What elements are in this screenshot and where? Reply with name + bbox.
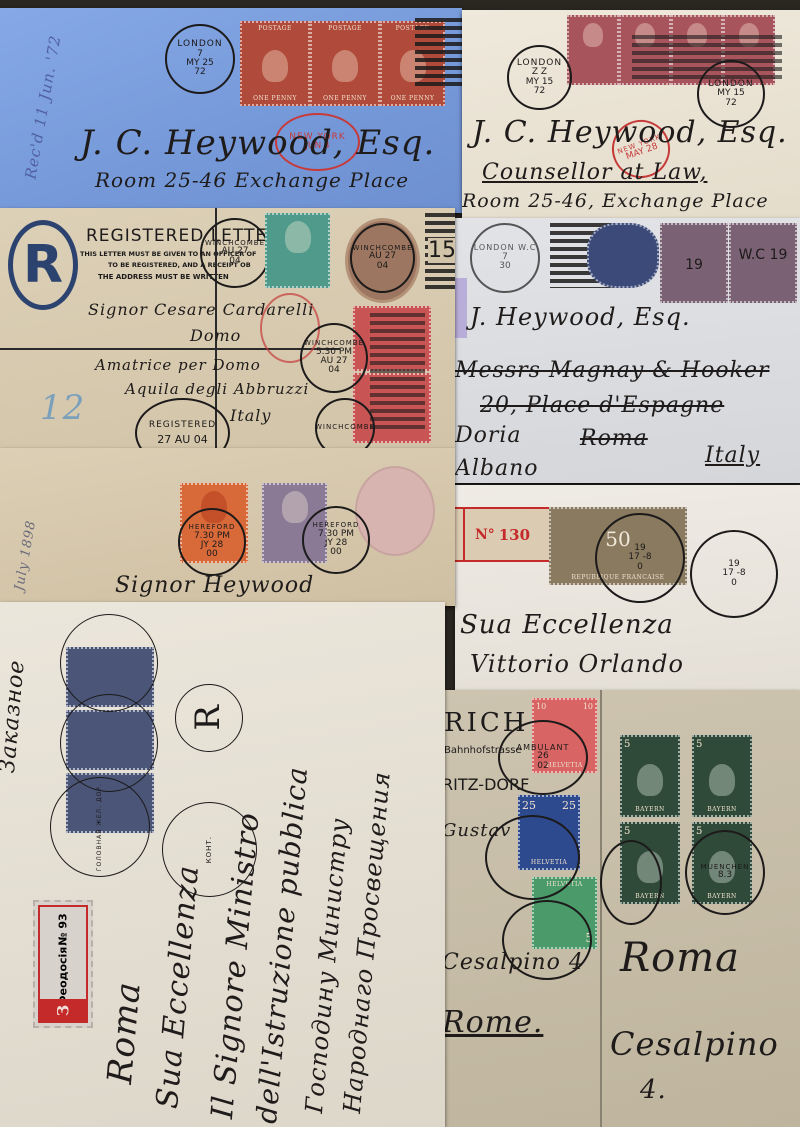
- address-line: Vittorio Orlando: [470, 650, 684, 678]
- address-line: 4.: [640, 1075, 667, 1105]
- address-line: Signor Heywood: [115, 573, 314, 598]
- cover-swiss-bavaria: RICH Bahnhofstrasse RITZ-DORF 1010 HELVE…: [440, 690, 800, 1127]
- address-line: Room 25-46, Exchange Place: [462, 190, 769, 212]
- stamp-blue: [587, 223, 659, 288]
- postmark-london-wc: LONDON W.C 7 30: [470, 223, 540, 293]
- address-line: Amatrice per Domo: [95, 356, 261, 374]
- postmark-london-zz: LONDON Z Z MY 15 72: [507, 45, 572, 110]
- address-line: Sua Eccellenza: [460, 610, 674, 640]
- registration-label: N° 130: [455, 507, 550, 562]
- stamp-green: [265, 213, 330, 288]
- cover-hereford: July 1898 HEREFORD 7.30 PM JY 28 00 HERE…: [0, 448, 455, 606]
- side-note: Rec'd 11 Jun. '72: [21, 34, 64, 181]
- cover-registered-winchcombe: R REGISTERED LETTER THIS LETTER MUST BE …: [0, 208, 455, 448]
- registration-label: № 93 Феодосія З: [33, 900, 93, 1028]
- postmark-muenchen: MUENCHEN 8.3: [685, 830, 765, 915]
- address-line: Room 25-46 Exchange Place: [95, 168, 409, 192]
- cover-french-registered: N° 130 50 REPUBLIQUE FRANCAISE 19 17 -8 …: [455, 485, 800, 690]
- postmark-french: 19 17 -8 0: [595, 513, 685, 603]
- address-line: Messrs Magnay & Hooker: [455, 358, 769, 383]
- address-line: Italy: [230, 406, 271, 425]
- postmark-ambulant: AMBULANT 26 02: [498, 720, 588, 795]
- address-line: Signor Cesare Cardarelli: [88, 300, 314, 319]
- address-line: Cesalpino: [610, 1025, 779, 1063]
- stamp-halfpenny: [567, 15, 619, 85]
- postmark-registered-r: R: [175, 684, 243, 752]
- address-line: Doria: [455, 423, 522, 448]
- cover-blue-london: Rec'd 11 Jun. '72 LONDON 7 MY 25 72 POST…: [0, 8, 462, 213]
- address-line: Rome.: [442, 1005, 543, 1040]
- address-line: J. C. Heywood, Esq.: [80, 123, 435, 163]
- address-line: Domo: [190, 326, 241, 345]
- address-line: J. C. Heywood, Esq.: [472, 115, 788, 150]
- postmark-hereford: HEREFORD 7.30 PM JY 28 00: [178, 508, 246, 576]
- postmark-hereford: HEREFORD 7.30 PM JY 28 00: [302, 506, 370, 574]
- address-line: Albano: [455, 456, 539, 481]
- address-line: Заказное: [0, 659, 30, 775]
- postmark-winchcombe: WINCHCOMBE 5.30 PM AU 27 04: [300, 323, 368, 393]
- stamp-lilac: 19: [660, 223, 728, 303]
- address-line: Counsellor at Law,: [482, 160, 707, 185]
- address-line: Sua Eccellenza: [150, 863, 206, 1110]
- stamp-bayern-5: 5BAYERN: [692, 735, 752, 817]
- address-line: Roma: [100, 980, 149, 1086]
- stamp-penny-red: POSTAGEONE PENNY: [310, 21, 380, 106]
- address-line: J. Heywood, Esq.: [470, 303, 691, 331]
- postmark-french: 19 17 -8 0: [690, 530, 778, 618]
- address-line: 20, Place d'Espagne: [480, 393, 724, 418]
- side-note: July 1898: [12, 519, 39, 592]
- address-line: Roma: [580, 426, 648, 451]
- address-line: Cesalpino 4: [442, 950, 584, 975]
- stamp-lilac: W.C 19: [729, 223, 797, 303]
- address-line: Italy: [705, 443, 760, 468]
- stamp-bayern-5: 5BAYERN: [620, 735, 680, 817]
- postmark-muenchen: [600, 840, 662, 925]
- postmark-russian: ГОЛОВНАЯ ЖЕЛ. ДОР.: [50, 777, 150, 877]
- blue-pencil-mark: 12: [40, 388, 85, 428]
- stamp-penny-red: POSTAGEONE PENNY: [240, 21, 310, 106]
- address-line: Roma: [620, 935, 740, 981]
- cover-russian-feodosia: ГОЛОВНАЯ ЖЕЛ. ДОР. R КОНТ. № 93 Феодосія…: [0, 602, 445, 1127]
- address-line: Gustav: [442, 820, 511, 841]
- postmark-london: LONDON 7 MY 25 72: [165, 24, 235, 94]
- cover-london-wc: LONDON W.C 7 30 19 W.C 19 J. Heywood, Es…: [455, 218, 800, 483]
- registered-r-symbol: R: [8, 220, 78, 310]
- cover-cream-london: LONDON Z Z MY 15 72 LONDON MY 15 72 NEW …: [462, 10, 800, 220]
- address-line: Aquila degli Abbruzzi: [125, 380, 309, 398]
- postmark-winchcombe: WINCHCOMBE AU 27 04: [200, 218, 270, 288]
- postmark-winchcombe-embossed: WINCHCOMBE AU 27 04: [350, 223, 415, 293]
